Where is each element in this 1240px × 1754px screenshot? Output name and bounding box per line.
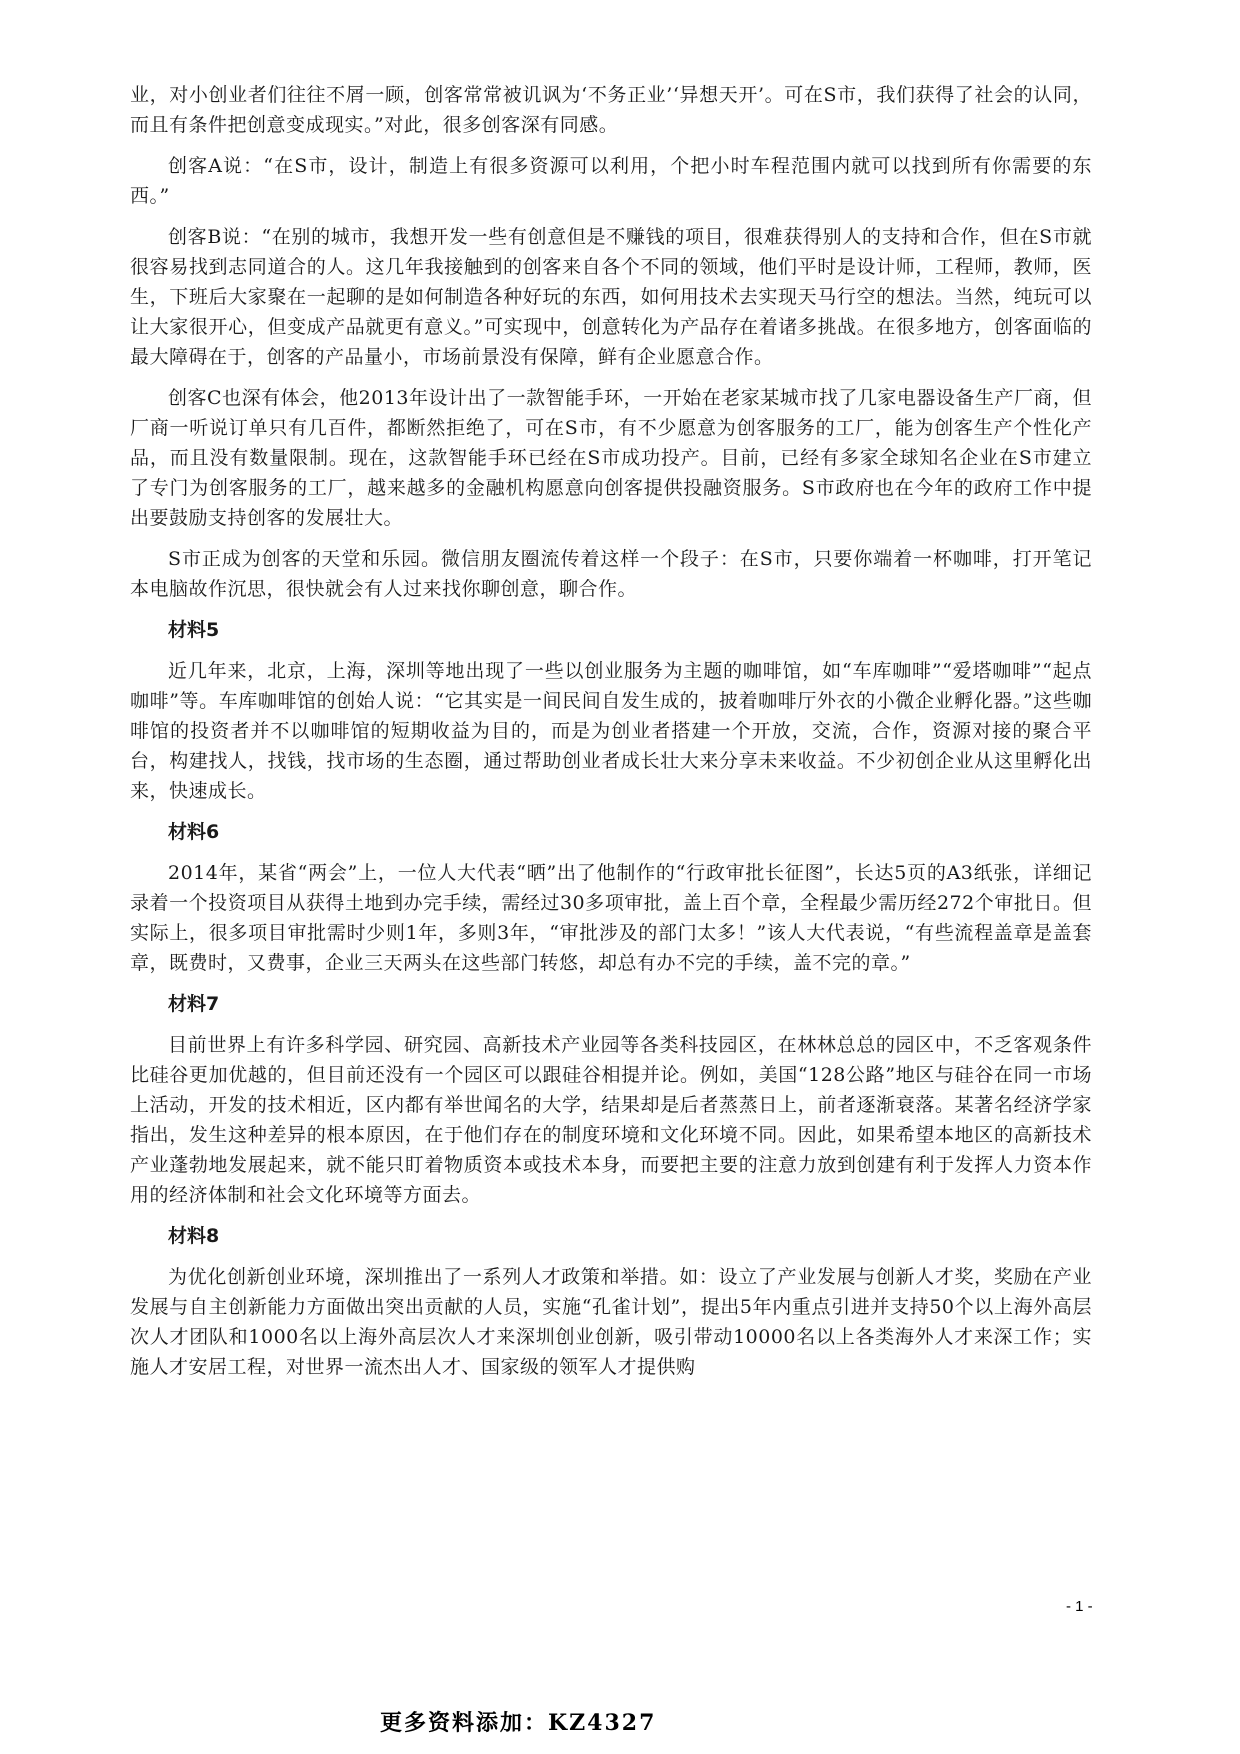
- document-body: 业，对小创业者们往往不屑一顾，创客常常被讥讽为‘不务正业’‘异想天开’。可在S市…: [130, 80, 1092, 1393]
- page-number: - 1 -: [1066, 1598, 1093, 1615]
- section-heading-material-7: 材料7: [130, 989, 1092, 1019]
- section-heading-material-8: 材料8: [130, 1221, 1092, 1251]
- paragraph-maker-b: 创客B说：“在别的城市，我想开发一些有创意但是不赚钱的项目，很难获得别人的支持和…: [130, 222, 1092, 372]
- section-heading-material-6: 材料6: [130, 817, 1092, 847]
- footer-note: 更多资料添加：KZ4327: [380, 1706, 656, 1737]
- paragraph-material-5: 近几年来，北京，上海，深圳等地出现了一些以创业服务为主题的咖啡馆，如“车库咖啡”…: [130, 656, 1092, 806]
- paragraph-maker-c: 创客C也深有体会，他2013年设计出了一款智能手环，一开始在老家某城市找了几家电…: [130, 383, 1092, 533]
- paragraph-material-6: 2014年，某省“两会”上，一位人大代表“晒”出了他制作的“行政审批长征图”，长…: [130, 858, 1092, 978]
- paragraph-continuation: 业，对小创业者们往往不屑一顾，创客常常被讥讽为‘不务正业’‘异想天开’。可在S市…: [130, 80, 1092, 140]
- paragraph-maker-a: 创客A说：“在S市，设计，制造上有很多资源可以利用，个把小时车程范围内就可以找到…: [130, 151, 1092, 211]
- section-heading-material-5: 材料5: [130, 615, 1092, 645]
- paragraph-material-7: 目前世界上有许多科学园、研究园、高新技术产业园等各类科技园区，在林林总总的园区中…: [130, 1030, 1092, 1210]
- paragraph-material-8: 为优化创新创业环境，深圳推出了一系列人才政策和举措。如：设立了产业发展与创新人才…: [130, 1262, 1092, 1382]
- paragraph-s-city: S市正成为创客的天堂和乐园。微信朋友圈流传着这样一个段子：在S市，只要你端着一杯…: [130, 544, 1092, 604]
